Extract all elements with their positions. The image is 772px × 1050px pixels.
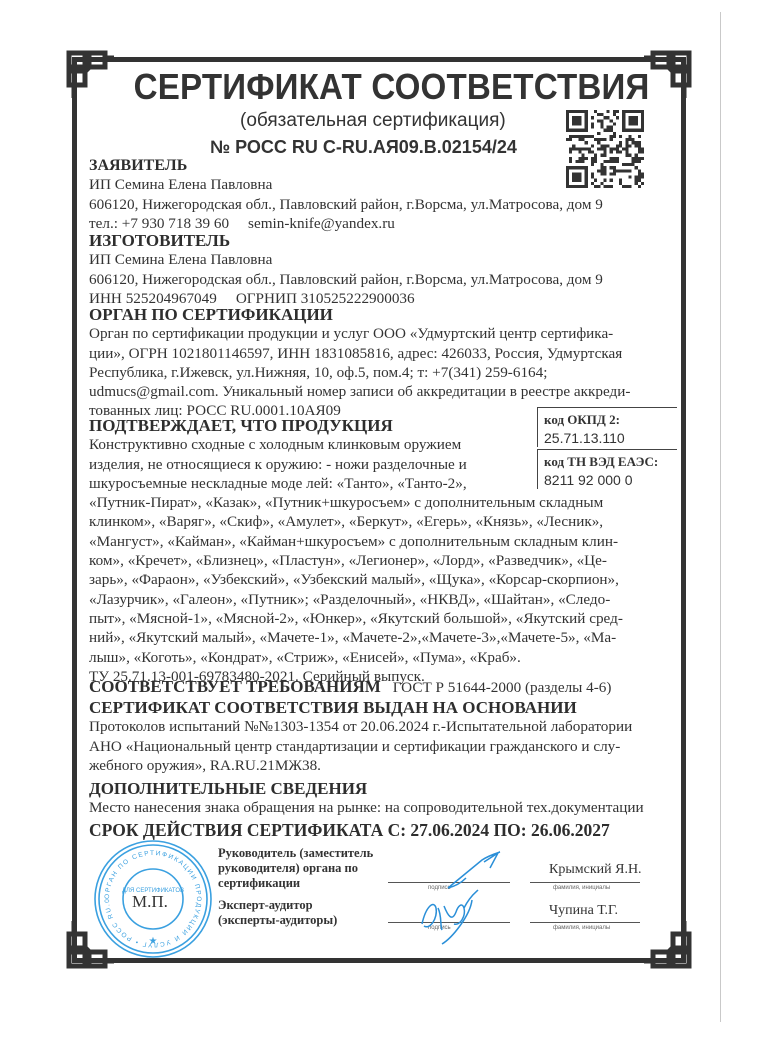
head-signer-label-line: руководителя) органа по xyxy=(218,861,373,876)
applicant-phone: тел.: +7 930 718 39 60 xyxy=(89,215,229,232)
product-line: «Лазурчик», «Галеон», «Путник»; «Раздело… xyxy=(89,590,679,609)
basis-section: СЕРТИФИКАТ СООТВЕТСТВИЯ ВЫДАН НА ОСНОВАН… xyxy=(89,698,679,775)
expert-signature-scribble xyxy=(412,886,492,946)
product-line: клинком», «Варяг», «Скиф», «Амулет», «Бе… xyxy=(89,512,679,531)
manufacturer-heading: ИЗГОТОВИТЕЛЬ xyxy=(89,231,679,250)
head-name-line xyxy=(530,882,640,883)
corner-ornament-icon xyxy=(644,50,692,98)
product-line: пыт», «Мясной-1», «Мясной-2», «Юнкер», «… xyxy=(89,609,679,628)
stamp-mp-text: М.П. xyxy=(132,892,168,912)
expert-signer-label-line: (эксперты-аудиторы) xyxy=(218,913,337,928)
corner-ornament-icon xyxy=(644,921,692,969)
compliance-heading: СООТВЕТСТВУЕТ ТРЕБОВАНИЯМ xyxy=(89,677,381,696)
expert-name-caption: фамилия, инициалы xyxy=(553,925,610,931)
product-description: Конструктивно сходные с холодным клинков… xyxy=(89,435,679,686)
certification-body-heading: ОРГАН ПО СЕРТИФИКАЦИИ xyxy=(89,305,679,324)
certification-body-line: Республика, г.Ижевск, ул.Нижняя, 10, оф.… xyxy=(89,363,679,382)
manufacturer-name: ИП Семина Елена Павловна xyxy=(89,250,679,269)
certificate-subtitle: (обязательная сертификация) xyxy=(240,110,506,132)
expert-name-line xyxy=(530,922,640,923)
product-line: ком», «Кречет», «Близнец», «Пластун», «Л… xyxy=(89,551,679,570)
additional-section: ДОПОЛНИТЕЛЬНЫЕ СВЕДЕНИЯ Место нанесения … xyxy=(89,779,679,818)
product-heading: ПОДТВЕРЖДАЕТ, ЧТО ПРОДУКЦИЯ xyxy=(89,416,679,435)
head-signer-name: Крымский Я.Н. xyxy=(549,862,642,878)
svg-text:★: ★ xyxy=(149,936,158,947)
expert-signer-label-line: Эксперт-аудитор xyxy=(218,898,337,913)
product-section: ПОДТВЕРЖДАЕТ, ЧТО ПРОДУКЦИЯ Конструктивн… xyxy=(89,416,679,686)
product-line: Конструктивно сходные с холодным клинков… xyxy=(89,435,679,454)
compliance-standard: ГОСТ Р 51644-2000 (разделы 4-6) xyxy=(393,679,612,696)
applicant-heading: ЗАЯВИТЕЛЬ xyxy=(89,156,679,175)
basis-line: жебного оружия», RA.RU.21МЖ38. xyxy=(89,756,679,775)
official-stamp: ОРГАН ПО СЕРТИФИКАЦИИ ПРОДУКЦИИ И УСЛУГ … xyxy=(92,838,214,960)
certificate-number: № РОСС RU С-RU.АЯ09.В.02154/24 xyxy=(210,137,517,158)
additional-text: Место нанесения знака обращения на рынке… xyxy=(89,798,679,817)
head-signer-label-line: Руководитель (заместитель xyxy=(218,846,373,861)
expert-signer-label: Эксперт-аудитор (эксперты-аудиторы) xyxy=(218,898,337,928)
certification-body-section: ОРГАН ПО СЕРТИФИКАЦИИ Орган по сертифика… xyxy=(89,305,679,421)
certification-body-line: udmucs@gmail.com. Уникальный номер запис… xyxy=(89,382,679,401)
certification-body-line: ции», ОГРН 1021801146597, ИНН 1831085816… xyxy=(89,344,679,363)
product-line: ний», «Якутский малый», «Мачете-1», «Мач… xyxy=(89,628,679,647)
head-name-caption: фамилия, инициалы xyxy=(553,885,610,891)
product-line: шкуросъемные нескладные моде лей: «Танто… xyxy=(89,474,679,493)
expert-signer-name: Чупина Т.Г. xyxy=(549,903,618,919)
head-signer-label: Руководитель (заместитель руководителя) … xyxy=(218,846,373,891)
basis-heading: СЕРТИФИКАТ СООТВЕТСТВИЯ ВЫДАН НА ОСНОВАН… xyxy=(89,698,679,717)
applicant-name: ИП Семина Елена Павловна xyxy=(89,175,679,194)
applicant-address: 606120, Нижегородская обл., Павловский р… xyxy=(89,195,679,214)
page-edge xyxy=(720,12,721,1022)
manufacturer-section: ИЗГОТОВИТЕЛЬ ИП Семина Елена Павловна 60… xyxy=(89,231,679,308)
manufacturer-address: 606120, Нижегородская обл., Павловский р… xyxy=(89,270,679,289)
basis-line: АНО «Национальный центр стандартизации и… xyxy=(89,737,679,756)
applicant-email[interactable]: semin-knife@yandex.ru xyxy=(248,215,395,232)
compliance-section: СООТВЕТСТВУЕТ ТРЕБОВАНИЯМ ГОСТ Р 51644-2… xyxy=(89,677,679,697)
basis-line: Протоколов испытаний №№1303-1354 от 20.0… xyxy=(89,717,679,736)
certification-body-line: Орган по сертификации продукции и услуг … xyxy=(89,324,679,343)
product-line: «Путник-Пират», «Казак», «Путник+шкуросъ… xyxy=(89,493,679,512)
corner-ornament-icon xyxy=(66,50,114,98)
head-signer-label-line: сертификации xyxy=(218,876,373,891)
product-line: зарь», «Фараон», «Узбекский», «Узбекский… xyxy=(89,570,679,589)
certificate-title: СЕРТИФИКАТ СООТВЕТСТВИЯ xyxy=(134,66,631,108)
applicant-section: ЗАЯВИТЕЛЬ ИП Семина Елена Павловна 60612… xyxy=(89,156,679,233)
product-line: лыш», «Коготь», «Кондрат», «Стриж», «Ени… xyxy=(89,648,679,667)
additional-heading: ДОПОЛНИТЕЛЬНЫЕ СВЕДЕНИЯ xyxy=(89,779,679,798)
product-line: изделия, не относящиеся к оружию: - ножи… xyxy=(89,455,679,474)
product-line: «Мангуст», «Кайман», «Кайман+шкуросъем» … xyxy=(89,532,679,551)
